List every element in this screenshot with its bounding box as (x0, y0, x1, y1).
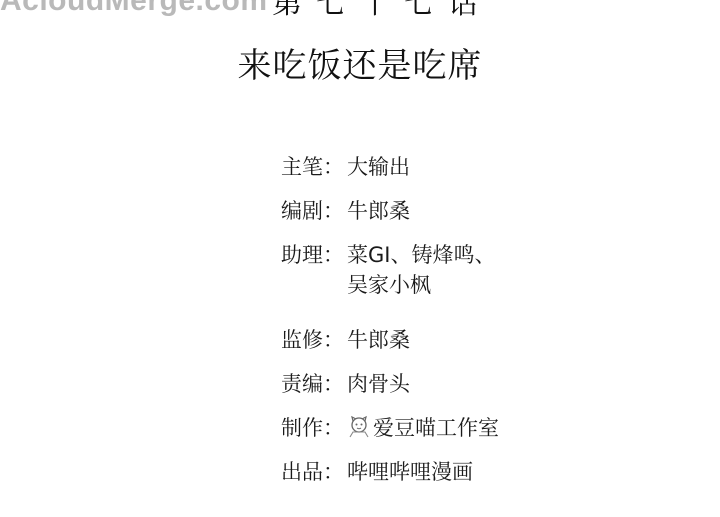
credit-label: 出品： (281, 457, 347, 487)
credit-value: 哔哩哔哩漫画 (347, 457, 473, 487)
credit-value: 爱豆喵工作室 (347, 413, 499, 443)
credit-row-editor: 责编： 肉骨头 (281, 369, 499, 413)
credit-value: 菜GI、铸烽鸣、 吴家小枫 (347, 240, 495, 300)
credit-value: 牛郎桑 (347, 325, 410, 355)
credit-value: 牛郎桑 (347, 196, 410, 226)
credit-value: 肉骨头 (347, 369, 410, 399)
credit-label: 助理： (281, 240, 347, 270)
credit-label: 监修： (281, 325, 347, 355)
credit-label: 编剧： (281, 196, 347, 226)
credits-list: 主笔： 大输出 编剧： 牛郎桑 助理： 菜GI、铸烽鸣、 吴家小枫 监修： 牛郎… (281, 152, 499, 501)
credit-label: 主笔： (281, 152, 347, 182)
credit-row-production: 制作： 爱豆喵工作室 (281, 413, 499, 457)
credit-row-publisher: 出品： 哔哩哔哩漫画 (281, 457, 499, 501)
credit-row-writer: 编剧： 牛郎桑 (281, 196, 499, 240)
credit-value-text: 爱豆喵工作室 (373, 416, 499, 440)
chapter-heading: 第七十七话 (272, 0, 492, 22)
watermark: AcloudMerge.com (0, 0, 268, 18)
credit-label: 制作： (281, 413, 347, 443)
credit-label: 责编： (281, 369, 347, 399)
page-title: 来吃饭还是吃席 (0, 38, 720, 87)
credit-value-line-1: 菜GI、铸烽鸣、 (347, 243, 495, 267)
cat-logo-icon (347, 415, 371, 439)
credit-row-artist: 主笔： 大输出 (281, 152, 499, 196)
credit-value-line-2: 吴家小枫 (347, 273, 431, 297)
credit-row-supervisor: 监修： 牛郎桑 (281, 325, 499, 369)
credit-row-assistants: 助理： 菜GI、铸烽鸣、 吴家小枫 (281, 240, 499, 325)
credit-value: 大输出 (347, 152, 410, 182)
